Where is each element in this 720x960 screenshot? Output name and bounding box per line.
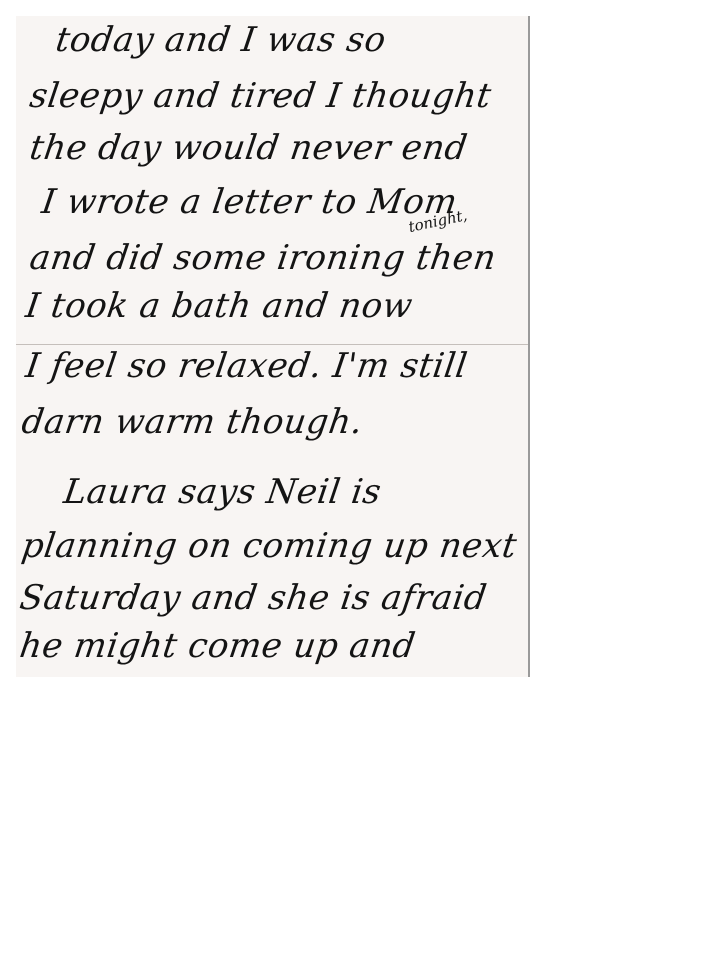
handwritten-line: today and I was so: [53, 20, 388, 60]
handwritten-line: and did some ironing then: [27, 238, 499, 278]
handwritten-line: Laura says Neil is: [61, 472, 384, 512]
handwritten-line: I feel so relaxed. I'm still: [23, 346, 470, 386]
handwritten-line: Saturday and she is afraid: [17, 578, 489, 618]
letter-page: today and I was so sleepy and tired I th…: [16, 16, 530, 677]
handwritten-line: the day would never end: [27, 128, 470, 168]
handwritten-line: I wrote a letter to Mom: [39, 182, 460, 222]
handwritten-line: sleepy and tired I thought: [27, 76, 494, 116]
handwritten-line: planning on coming up next: [19, 526, 519, 566]
handwritten-line: darn warm though.: [19, 402, 365, 442]
handwritten-line: I took a bath and now: [23, 286, 415, 326]
paper-fold-line: [16, 344, 528, 345]
handwritten-line: he might come up and: [17, 626, 418, 666]
